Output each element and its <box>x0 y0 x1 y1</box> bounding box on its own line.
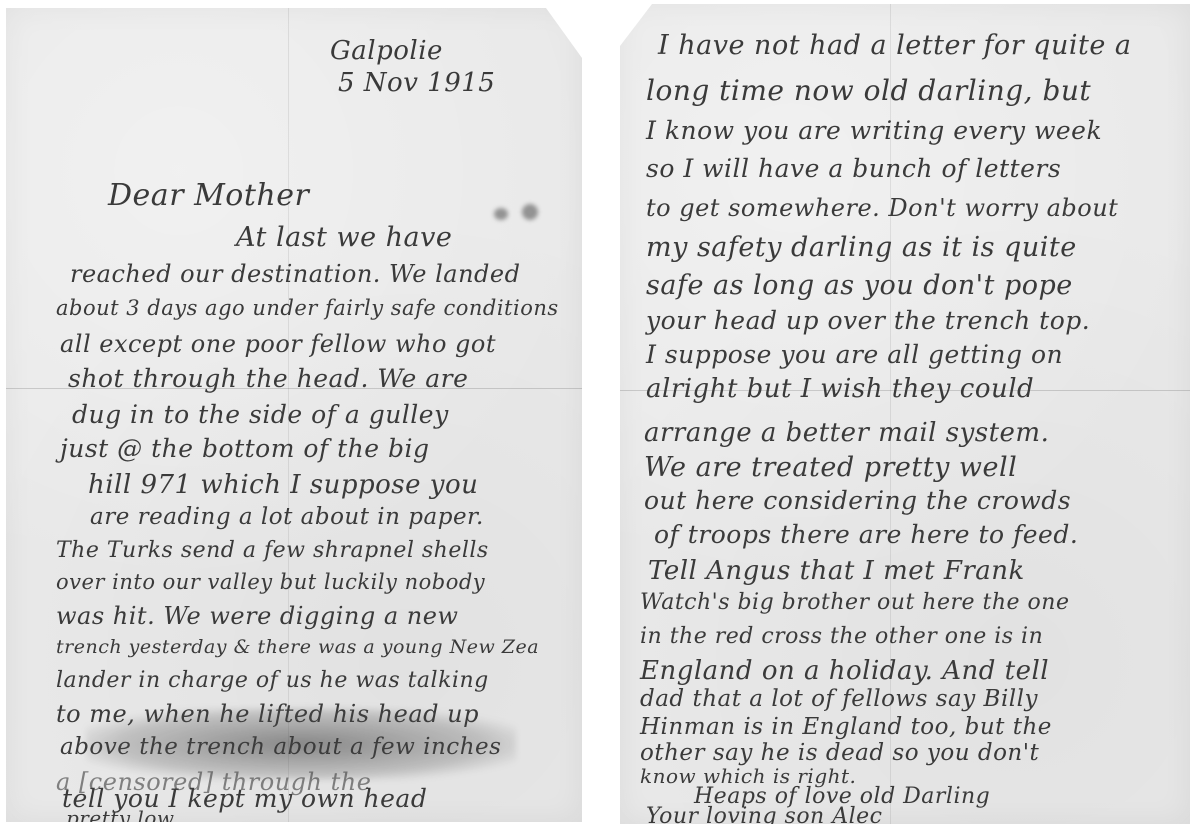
letter-line: alright but I wish they could <box>646 374 1034 404</box>
letter-line: I know you are writing every week <box>646 116 1102 145</box>
letter-line: safe as long as you don't pope <box>646 270 1073 301</box>
letter-line: about 3 days ago under fairly safe condi… <box>56 296 559 320</box>
letter-line: At last we have <box>236 222 452 253</box>
letter-line: to get somewhere. Don't worry about <box>646 194 1118 222</box>
letter-line: dad that a lot of fellows say Billy <box>640 686 1038 712</box>
letter-line: so I will have a bunch of letters <box>646 154 1061 183</box>
letter-line: pretty low. <box>66 806 179 830</box>
letter-line: Watch's big brother out here the one <box>640 590 1069 615</box>
letter-line: my safety darling as it is quite <box>646 232 1077 263</box>
signature: Your loving son Alec <box>646 804 883 829</box>
letter-line: out here considering the crowds <box>644 486 1071 515</box>
letter-line: over into our valley but luckily nobody <box>56 570 485 594</box>
letter-line: long time now old darling, but <box>646 74 1091 107</box>
letter-line: I have not had a letter for quite a <box>658 30 1132 61</box>
letter-line: We are treated pretty well <box>644 452 1017 483</box>
salutation: Dear Mother <box>108 178 309 213</box>
letter-line: The Turks send a few shrapnel shells <box>56 538 489 563</box>
letter-line: in the red cross the other one is in <box>640 624 1043 649</box>
ink-stain <box>522 204 538 220</box>
letter-place: Galpolie <box>330 36 443 66</box>
letter-line: just @ the bottom of the big <box>60 434 430 463</box>
letter-line: was hit. We were digging a new <box>56 602 458 630</box>
letter-line: trench yesterday & there was a young New… <box>56 636 539 658</box>
letter-line: are reading a lot about in paper. <box>90 504 484 530</box>
letter-line: shot through the head. We are <box>68 364 468 393</box>
letter-line: of troops there are here to feed. <box>654 520 1078 549</box>
letter-line: reached our destination. We landed <box>70 260 520 288</box>
letter-line: other say he is dead so you don't <box>640 740 1039 766</box>
letter-line: lander in charge of us he was talking <box>56 668 489 693</box>
letter-date: 5 Nov 1915 <box>338 68 495 98</box>
letter-page-right: I have not had a letter for quite a long… <box>620 4 1190 824</box>
letter-line: dug in to the side of a gulley <box>72 400 449 429</box>
ink-stain <box>494 208 508 220</box>
letter-line: arrange a better mail system. <box>644 418 1049 448</box>
letter-line: hill 971 which I suppose you <box>88 470 478 500</box>
letter-line: Tell Angus that I met Frank <box>648 556 1025 586</box>
letter-line: your head up over the trench top. <box>646 306 1090 335</box>
letter-page-left: Galpolie 5 Nov 1915 Dear Mother At last … <box>6 8 582 822</box>
letter-line: all except one poor fellow who got <box>60 330 496 358</box>
letter-line: Hinman is in England too, but the <box>640 714 1052 740</box>
letter-line: I suppose you are all getting on <box>646 340 1063 369</box>
letter-line: England on a holiday. And tell <box>640 656 1049 686</box>
